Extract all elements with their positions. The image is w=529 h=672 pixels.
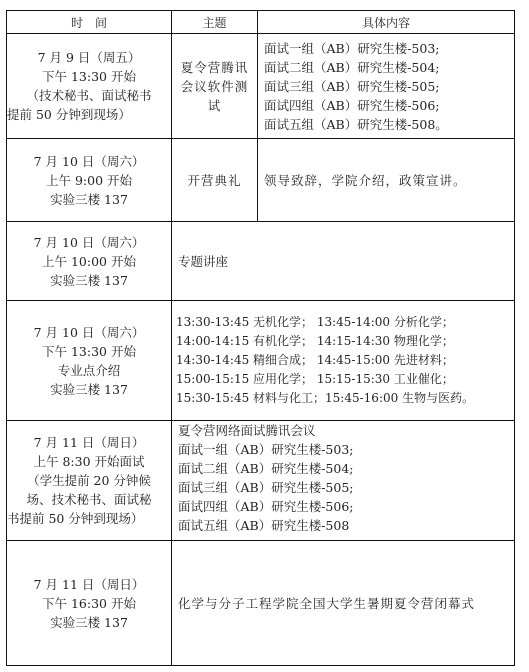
content-line: 面试三组（AB）研究生楼-505; — [264, 77, 514, 96]
content-line: 面试四组（AB）研究生楼-506; — [178, 497, 514, 516]
schedule-table: 时 间 主题 具体内容 7 月 9 日（周五） 下午 13:30 开始 （技术秘… — [6, 10, 515, 666]
time-line: 专业点介绍 — [7, 361, 171, 380]
content-line: 14:30-14:45 精细合成； 14:45-15:00 先进材料； — [176, 351, 514, 370]
content-line: 化学与分子工程学院全国大学生暑期夏令营闭幕式 — [178, 594, 514, 613]
time-line: 7 月 11 日（周日） — [7, 575, 171, 594]
content-line: 面试二组（AB）研究生楼-504; — [264, 58, 514, 77]
time-line: 实验三楼 137 — [7, 190, 171, 209]
time-line: 实验三楼 137 — [7, 380, 171, 399]
time-line: 实验三楼 137 — [7, 271, 171, 290]
content-line: 13:30-13:45 无机化学； 13:45-14:00 分析化学； — [176, 313, 514, 332]
header-topic: 主题 — [172, 11, 258, 34]
content-line: 面试五组（AB）研究生楼-508。 — [264, 115, 514, 134]
table-row: 7 月 9 日（周五） 下午 13:30 开始 （技术秘书、面试秘书 提前 50… — [7, 34, 515, 139]
topic-line: 开营典礼 — [172, 171, 257, 190]
time-line: 7 月 9 日（周五） — [7, 48, 171, 67]
time-line: 7 月 10 日（周六） — [7, 233, 171, 252]
time-cell: 7 月 10 日（周六） 下午 13:30 开始 专业点介绍 实验三楼 137 — [7, 301, 172, 421]
header-content: 具体内容 — [258, 11, 515, 34]
content-line: 面试二组（AB）研究生楼-504; — [178, 459, 514, 478]
content-line: 面试四组（AB）研究生楼-506; — [264, 96, 514, 115]
table-row: 7 月 10 日（周六） 下午 13:30 开始 专业点介绍 实验三楼 137 … — [7, 301, 515, 421]
table-row: 7 月 10 日（周六） 上午 10:00 开始 实验三楼 137 专题讲座 — [7, 222, 515, 301]
content-cell: 13:30-13:45 无机化学； 13:45-14:00 分析化学； 14:0… — [172, 301, 515, 421]
time-line: （技术秘书、面试秘书 — [7, 86, 171, 105]
time-line: 7 月 11 日（周日） — [7, 433, 171, 452]
content-cell: 面试一组（AB）研究生楼-503; 面试二组（AB）研究生楼-504; 面试三组… — [258, 34, 515, 139]
topic-line: 会议软件测 — [172, 77, 257, 96]
content-line: 15:00-15:15 应用化学； 15:15-15:30 工业催化； — [176, 370, 514, 389]
topic-line: 试 — [172, 96, 257, 115]
content-line: 面试五组（AB）研究生楼-508 — [178, 516, 514, 535]
time-line: 提前 50 分钟到现场） — [7, 105, 171, 124]
time-cell: 7 月 9 日（周五） 下午 13:30 开始 （技术秘书、面试秘书 提前 50… — [7, 34, 172, 139]
topic-line: 夏令营腾讯 — [172, 58, 257, 77]
content-line: 15:30-15:45 材料与化工；15:45-16:00 生物与医药。 — [176, 389, 514, 408]
table-row: 7 月 11 日（周日） 下午 16:30 开始 实验三楼 137 化学与分子工… — [7, 541, 515, 666]
time-cell: 7 月 11 日（周日） 上午 8:30 开始面试 （学生提前 20 分钟候 场… — [7, 421, 172, 541]
time-line: 下午 13:30 开始 — [7, 67, 171, 86]
content-line: 夏令营网络面试腾讯会议 — [178, 421, 514, 440]
content-line: 专题讲座 — [178, 252, 514, 271]
time-cell: 7 月 11 日（周日） 下午 16:30 开始 实验三楼 137 — [7, 541, 172, 666]
time-line: 书提前 50 分钟到现场） — [7, 509, 171, 528]
time-cell: 7 月 10 日（周六） 上午 9:00 开始 实验三楼 137 — [7, 139, 172, 222]
content-cell: 专题讲座 — [172, 222, 515, 301]
time-line: （学生提前 20 分钟候 — [7, 471, 171, 490]
time-line: 7 月 10 日（周六） — [7, 323, 171, 342]
content-line: 面试三组（AB）研究生楼-505; — [178, 478, 514, 497]
time-line: 场、技术秘书、面试秘 — [7, 490, 171, 509]
time-line: 上午 8:30 开始面试 — [7, 452, 171, 471]
content-line: 面试一组（AB）研究生楼-503; — [264, 39, 514, 58]
content-line: 14:00-14:15 有机化学； 14:15-14:30 物理化学； — [176, 332, 514, 351]
content-cell: 领导致辞，学院介绍，政策宣讲。 — [258, 139, 515, 222]
time-line: 实验三楼 137 — [7, 613, 171, 632]
content-line: 面试一组（AB）研究生楼-503; — [178, 440, 514, 459]
table-row: 7 月 10 日（周六） 上午 9:00 开始 实验三楼 137 开营典礼 领导… — [7, 139, 515, 222]
topic-cell: 开营典礼 — [172, 139, 258, 222]
content-cell: 夏令营网络面试腾讯会议 面试一组（AB）研究生楼-503; 面试二组（AB）研究… — [172, 421, 515, 541]
time-line: 下午 16:30 开始 — [7, 594, 171, 613]
time-cell: 7 月 10 日（周六） 上午 10:00 开始 实验三楼 137 — [7, 222, 172, 301]
time-line: 上午 10:00 开始 — [7, 252, 171, 271]
time-line: 上午 9:00 开始 — [7, 171, 171, 190]
content-cell: 化学与分子工程学院全国大学生暑期夏令营闭幕式 — [172, 541, 515, 666]
table-row: 7 月 11 日（周日） 上午 8:30 开始面试 （学生提前 20 分钟候 场… — [7, 421, 515, 541]
content-line: 领导致辞，学院介绍，政策宣讲。 — [264, 171, 514, 190]
header-time: 时 间 — [7, 11, 172, 34]
topic-cell: 夏令营腾讯 会议软件测 试 — [172, 34, 258, 139]
time-line: 7 月 10 日（周六） — [7, 152, 171, 171]
header-row: 时 间 主题 具体内容 — [7, 11, 515, 34]
time-line: 下午 13:30 开始 — [7, 342, 171, 361]
